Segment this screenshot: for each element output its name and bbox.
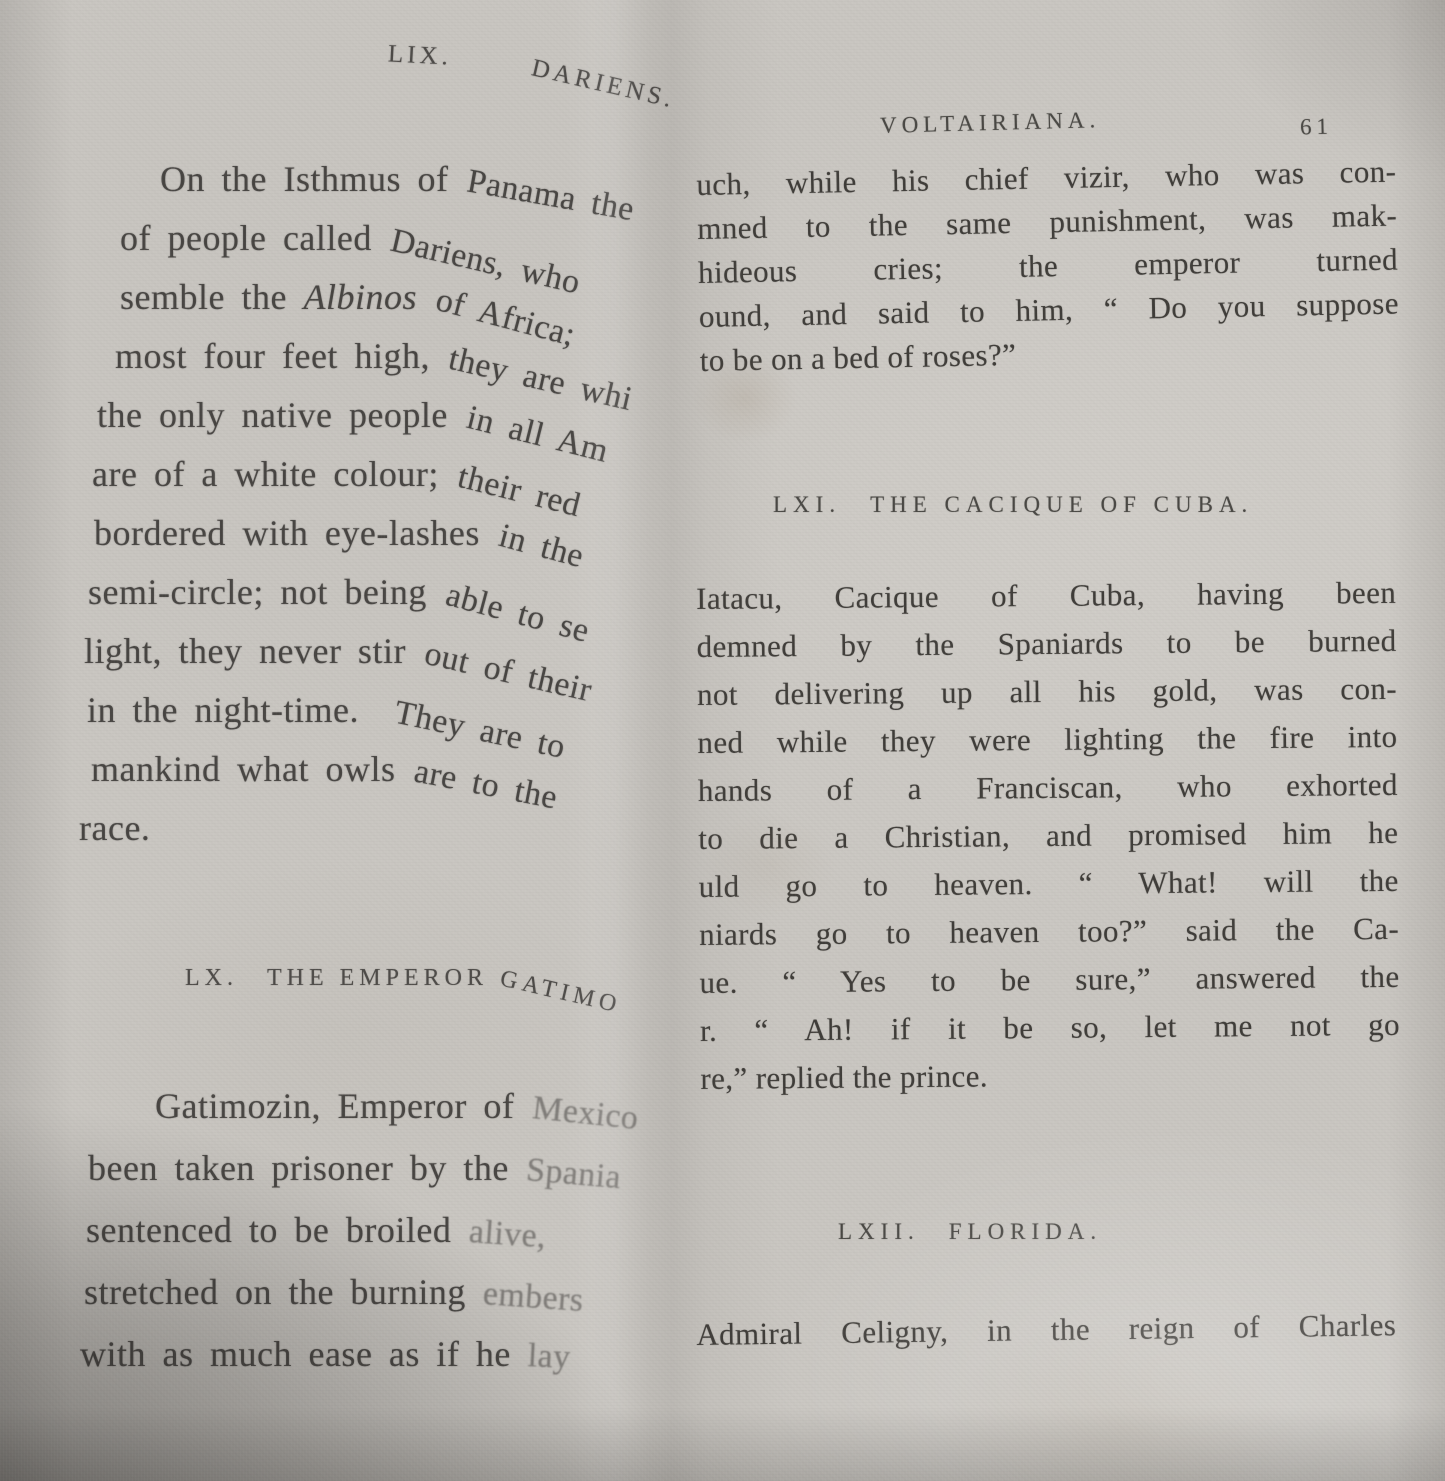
text-line: to die a Christian, and promised him he: [698, 809, 1398, 863]
text-line: with as much ease as if he lay: [0, 1323, 637, 1385]
section-heading-lxi: LXI. THE CACIQUE OF CUBA.: [773, 492, 1253, 518]
line-text: light, they never stir: [84, 631, 422, 671]
line-text: most four feet high,: [115, 336, 446, 376]
line-text: On the Isthmus of: [160, 159, 465, 199]
text-line: stretched on the burning embers: [0, 1261, 637, 1323]
text-line: Gatimozin, Emperor of Mexico: [0, 1075, 637, 1137]
paragraph-cacique: Iatacu, Cacique of Cuba, having been dem…: [696, 569, 1401, 1103]
line-text-bent: lay: [527, 1325, 573, 1389]
right-page: VOLTAIRIANA. 61 uch, while his chief viz…: [688, 0, 1445, 1481]
line-text-bent: Spania: [524, 1139, 624, 1209]
line-text-bent: embers: [481, 1263, 586, 1332]
left-running-header-number: LIX.: [387, 40, 452, 71]
heading-text: LX. THE EMPEROR: [185, 965, 499, 991]
text-line: Iatacu, Cacique of Cuba, having been: [696, 569, 1396, 623]
paragraph-dariens: On the Isthmus of Panama the of people c…: [0, 150, 634, 858]
left-running-header-title: DARIENS.: [529, 54, 678, 114]
line-text: with as much ease as if he: [80, 1334, 527, 1374]
left-page: LIX. DARIENS. On the Isthmus of Panama t…: [0, 0, 728, 1481]
line-text: sentenced to be broiled: [86, 1210, 468, 1250]
heading-text-bent: GATIMO: [497, 966, 623, 1020]
line-text: bordered with eye-lashes: [94, 513, 496, 553]
text-line: ue. “ Yes to be sure,” answered the: [699, 953, 1399, 1007]
right-running-header-title: VOLTAIRIANA.: [880, 107, 1101, 139]
text-line: not delivering up all his gold, was con-: [697, 665, 1397, 719]
line-text: stretched on the burning: [84, 1272, 482, 1312]
text-line: niards go to heaven too?” said the Ca-: [699, 905, 1399, 959]
text-line: sentenced to be broiled alive,: [0, 1199, 637, 1261]
text-line: ned while they were lighting the fire in…: [697, 713, 1397, 767]
book-scan: LIX. DARIENS. On the Isthmus of Panama t…: [0, 0, 1445, 1481]
line-text: are of a white colour;: [92, 454, 455, 494]
text-line: demned by the Spaniards to be burned: [696, 617, 1396, 671]
text-line: been taken prisoner by the Spania: [0, 1137, 637, 1199]
text-line: re,” replied the prince.: [700, 1049, 1400, 1103]
line-text: mankind what owls: [91, 749, 412, 789]
line-text: race.: [79, 808, 150, 848]
line-text: semi-circle; not being: [88, 572, 443, 612]
paragraph-vizir: uch, while his chief vizir, who was con-…: [696, 150, 1400, 383]
section-heading-lxii: LXII. FLORIDA.: [838, 1219, 1102, 1245]
text-line: r. “ Ah! if it be so, let me not go: [700, 1001, 1400, 1055]
line-text-italic: Albinos: [303, 277, 433, 317]
text-line: On the Isthmus of Panama the: [0, 150, 634, 209]
line-text-bent: Mexico: [529, 1077, 641, 1150]
line-text: semble the: [120, 277, 303, 317]
paragraph-gatimozin: Gatimozin, Emperor of Mexico been taken …: [0, 1075, 637, 1385]
page-number: 61: [1300, 114, 1334, 141]
section-heading-lx: LX. THE EMPEROR GATIMO: [185, 965, 622, 992]
line-text-bent: alive,: [467, 1201, 548, 1268]
line-text: Gatimozin, Emperor of: [155, 1086, 531, 1126]
line-text: in the night-time.: [87, 690, 392, 730]
line-text: been taken prisoner by the: [88, 1148, 525, 1188]
text-line: uld go to heaven. “ What! will the: [699, 857, 1399, 911]
text-line: Admiral Celigny, in the reign of Charles: [696, 1303, 1397, 1357]
line-text: of people called: [120, 218, 388, 258]
line-text: the only native people: [97, 395, 464, 435]
text-line: hands of a Franciscan, who exhorted: [698, 761, 1398, 815]
paragraph-florida: Admiral Celigny, in the reign of Charles: [696, 1303, 1397, 1357]
